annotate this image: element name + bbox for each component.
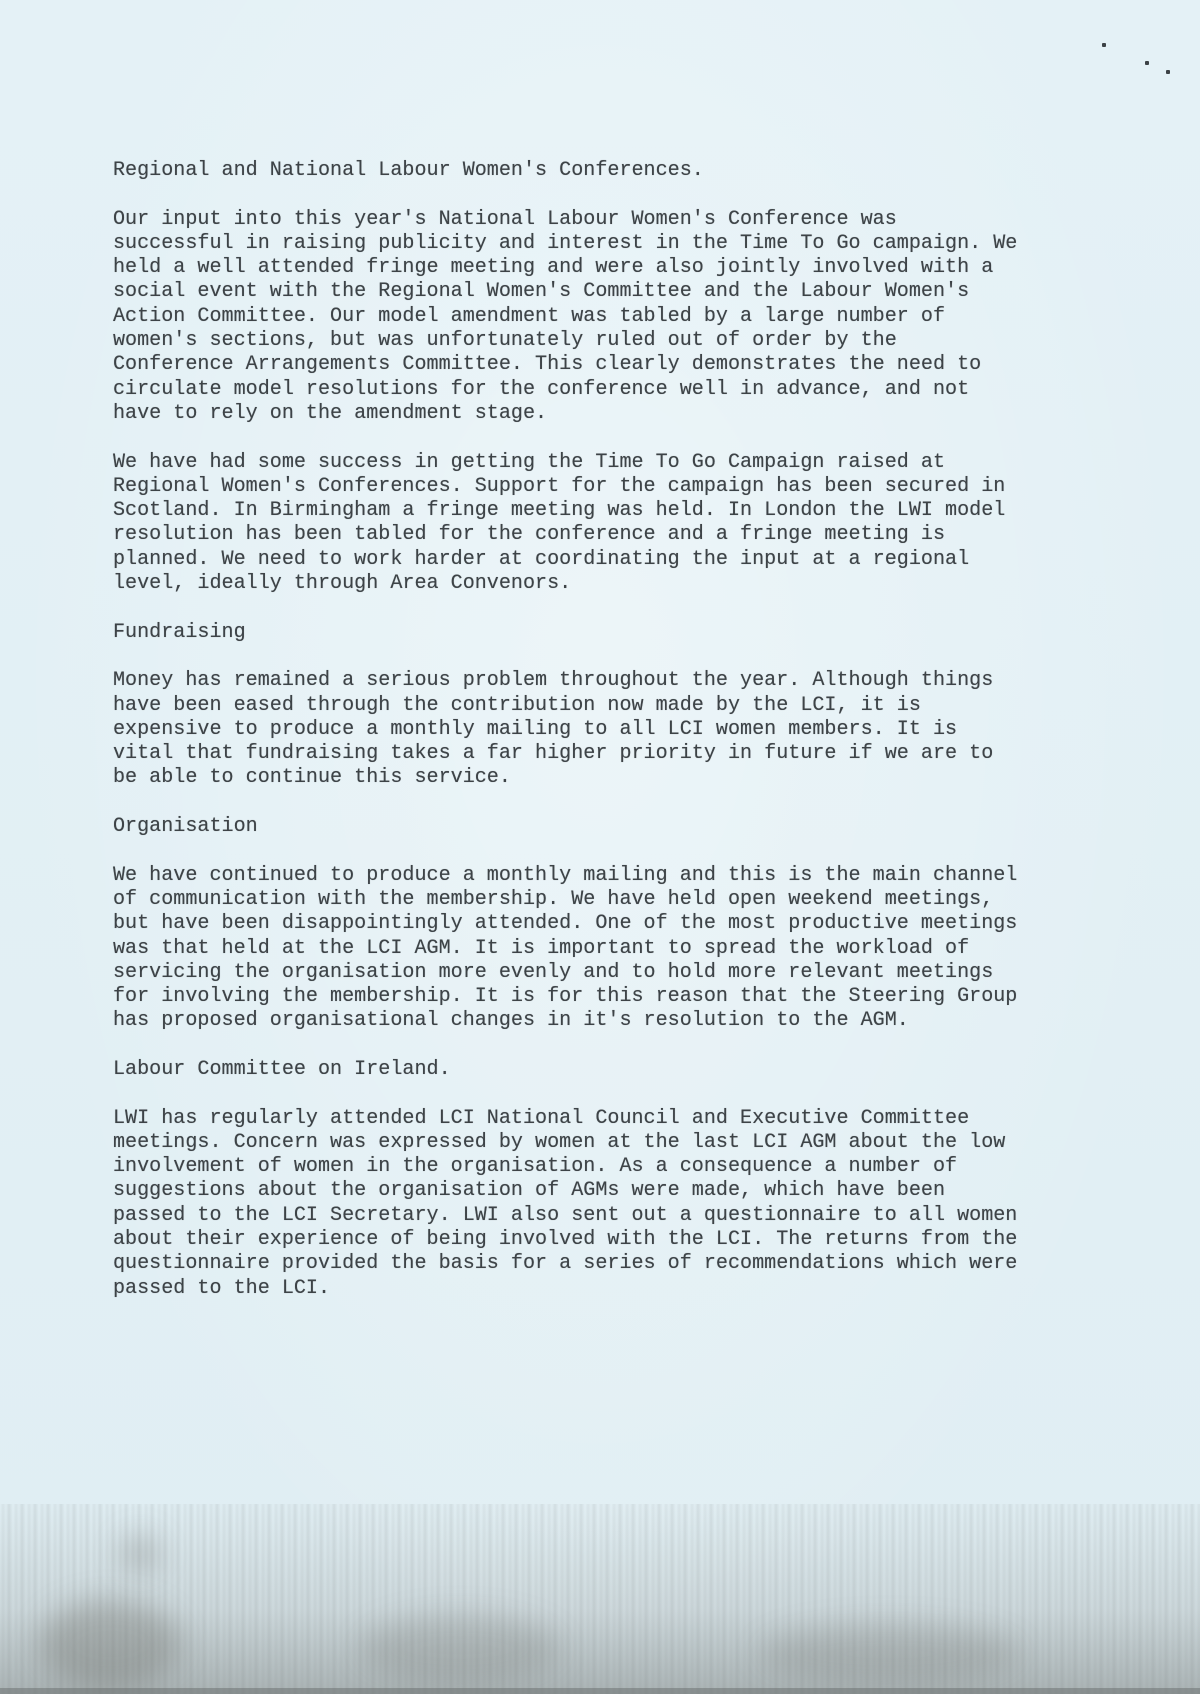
text-line: vital that fundraising takes a far highe… bbox=[113, 742, 1073, 766]
text-line: level, ideally through Area Convenors. bbox=[113, 572, 1073, 596]
blank-line bbox=[113, 183, 1073, 207]
text-line: meetings. Concern was expressed by women… bbox=[113, 1131, 1073, 1155]
blank-line bbox=[113, 645, 1073, 669]
section-heading: Regional and National Labour Women's Con… bbox=[113, 159, 1073, 183]
text-line: was that held at the LCI AGM. It is impo… bbox=[113, 937, 1073, 961]
document-body: Regional and National Labour Women's Con… bbox=[113, 159, 1073, 1301]
text-line: Our input into this year's National Labo… bbox=[113, 208, 1073, 232]
paragraph: Our input into this year's National Labo… bbox=[113, 208, 1073, 427]
text-line: has proposed organisational changes in i… bbox=[113, 1009, 1073, 1033]
text-line: Action Committee. Our model amendment wa… bbox=[113, 305, 1073, 329]
text-line: passed to the LCI. bbox=[113, 1277, 1073, 1301]
bottom-grime-stain bbox=[0, 1504, 1200, 1694]
text-line: but have been disappointingly attended. … bbox=[113, 912, 1073, 936]
speck-mark bbox=[1166, 70, 1170, 74]
paragraph: We have continued to produce a monthly m… bbox=[113, 864, 1073, 1034]
paragraph: LWI has regularly attended LCI National … bbox=[113, 1107, 1073, 1301]
blank-line bbox=[113, 791, 1073, 815]
text-line: Scotland. In Birmingham a fringe meeting… bbox=[113, 499, 1073, 523]
section-heading: Labour Committee on Ireland. bbox=[113, 1058, 1073, 1082]
speck-mark bbox=[1145, 61, 1149, 65]
speck-mark bbox=[1102, 43, 1106, 47]
paragraph: Money has remained a serious problem thr… bbox=[113, 669, 1073, 790]
text-line: passed to the LCI Secretary. LWI also se… bbox=[113, 1204, 1073, 1228]
blank-line bbox=[113, 426, 1073, 450]
text-line: of communication with the membership. We… bbox=[113, 888, 1073, 912]
blank-line bbox=[113, 1034, 1073, 1058]
text-line: LWI has regularly attended LCI National … bbox=[113, 1107, 1073, 1131]
section-heading: Fundraising bbox=[113, 621, 1073, 645]
text-line: planned. We need to work harder at coord… bbox=[113, 548, 1073, 572]
text-line: involvement of women in the organisation… bbox=[113, 1155, 1073, 1179]
text-line: resolution has been tabled for the confe… bbox=[113, 523, 1073, 547]
blank-line bbox=[113, 1082, 1073, 1106]
text-line: servicing the organisation more evenly a… bbox=[113, 961, 1073, 985]
text-line: women's sections, but was unfortunately … bbox=[113, 329, 1073, 353]
blank-line bbox=[113, 596, 1073, 620]
text-line: Regional Women's Conferences. Support fo… bbox=[113, 475, 1073, 499]
text-line: about their experience of being involved… bbox=[113, 1228, 1073, 1252]
text-line: have to rely on the amendment stage. bbox=[113, 402, 1073, 426]
text-line: We have had some success in getting the … bbox=[113, 451, 1073, 475]
text-line: social event with the Regional Women's C… bbox=[113, 280, 1073, 304]
blank-line bbox=[113, 839, 1073, 863]
text-line: have been eased through the contribution… bbox=[113, 694, 1073, 718]
text-line: for involving the membership. It is for … bbox=[113, 985, 1073, 1009]
text-line: held a well attended fringe meeting and … bbox=[113, 256, 1073, 280]
text-line: successful in raising publicity and inte… bbox=[113, 232, 1073, 256]
section-heading: Organisation bbox=[113, 815, 1073, 839]
scanned-page: Regional and National Labour Women's Con… bbox=[0, 0, 1200, 1694]
text-line: Conference Arrangements Committee. This … bbox=[113, 353, 1073, 377]
page-bottom-edge bbox=[0, 1688, 1200, 1694]
text-line: We have continued to produce a monthly m… bbox=[113, 864, 1073, 888]
text-line: circulate model resolutions for the conf… bbox=[113, 378, 1073, 402]
text-line: Money has remained a serious problem thr… bbox=[113, 669, 1073, 693]
text-line: be able to continue this service. bbox=[113, 766, 1073, 790]
text-line: questionnaire provided the basis for a s… bbox=[113, 1252, 1073, 1276]
text-line: suggestions about the organisation of AG… bbox=[113, 1179, 1073, 1203]
text-line: expensive to produce a monthly mailing t… bbox=[113, 718, 1073, 742]
paragraph: We have had some success in getting the … bbox=[113, 451, 1073, 597]
